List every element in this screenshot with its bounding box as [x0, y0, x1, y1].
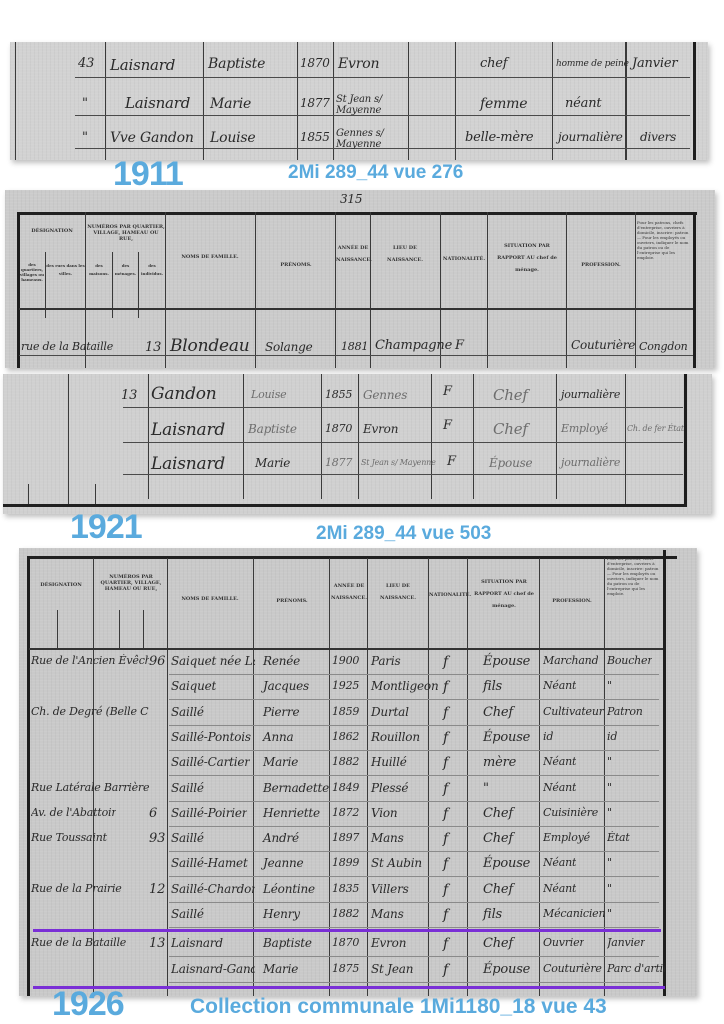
- header-1926-numeros: NUMÉROS PAR QUARTIER, VILLAGE, HAMEAU OU…: [95, 574, 167, 592]
- header-1926-lieu: LIEU DE NAISSANCE.: [371, 580, 425, 604]
- row-1926-10-patron: ": [607, 882, 612, 895]
- row-1926-8-profession: Employé: [543, 831, 590, 844]
- row-1911-1-situation: chef: [480, 56, 507, 71]
- page-mark: 315: [340, 192, 362, 206]
- row-1926-10-lieu: Villers: [371, 882, 409, 896]
- row-1921-2-num: 13: [121, 388, 137, 403]
- row-1926-6-patron: ": [607, 781, 612, 794]
- header-1926-prenoms: PRÉNOMS.: [255, 598, 329, 604]
- row-1926-1-patron: Boucher: [607, 654, 652, 667]
- row-rule: [169, 927, 659, 928]
- row-1926-2-nom: Saiquet: [171, 679, 216, 693]
- row-1926-1-nationalite: f: [443, 654, 448, 670]
- row-1926-13-nom: Laisnard-Gandon: [171, 962, 255, 976]
- row-1926-13-situation: Épouse: [483, 962, 530, 977]
- row-1921-1-prenom: Solange: [265, 340, 313, 354]
- row-1911-1-num: 43: [78, 56, 94, 71]
- row-1926-3-profession: Cultivateur: [543, 705, 604, 718]
- row-1921-4-lieu: St Jean s/ Mayenne: [361, 458, 436, 467]
- row-1921-4-profession: journalière: [561, 456, 620, 469]
- row-1921-2-profession: journalière: [561, 388, 620, 401]
- row-1926-3-situation: Chef: [483, 705, 513, 720]
- row-1926-1-annee: 1900: [332, 654, 359, 667]
- row-1921-3-nationalite: F: [443, 418, 452, 433]
- row-1926-6-rue: Rue Latérale Barrière: [31, 781, 149, 794]
- row-1921-2-nom: Gandon: [151, 384, 217, 404]
- source-ref-1926: Collection communale 1Mi1180_18 vue 43: [190, 995, 607, 1019]
- row-rule: [169, 775, 659, 776]
- row-1926-7-lieu: Vion: [371, 806, 397, 820]
- row-1921-1-nom: Blondeau: [170, 336, 250, 356]
- row-1911-3-prenom: Louise: [210, 130, 256, 146]
- header-1926-nationalite: NATIONALITÉ.: [429, 588, 467, 602]
- row-1926-5-situation: mère: [483, 755, 516, 770]
- header-1926-noms: NOMS DE FAMILLE.: [179, 592, 241, 606]
- row-1911-3-num: ": [82, 130, 88, 145]
- row-1911-2-lieu: St Jean s/ Mayenne: [336, 94, 408, 116]
- row-1921-1-annee: 1881: [341, 340, 368, 353]
- header-designation-sub1: des quartiers, villages ou hameaux.: [19, 262, 45, 282]
- row-1926-13-patron: Parc d'artillerie: [607, 962, 665, 975]
- row-1926-10-rue: Rue de la Prairie: [31, 882, 122, 895]
- row-1926-9-prenom: Jeanne: [263, 856, 303, 870]
- row-1926-8-prenom: André: [263, 831, 299, 845]
- row-1921-1-profession: Couturière: [571, 338, 635, 352]
- row-1926-2-nationalite: f: [443, 679, 448, 695]
- row-1926-13-lieu: St Jean: [371, 962, 413, 976]
- header-1926-annee: ANNÉE DE NAISSANCE.: [331, 580, 367, 604]
- row-1926-12-rue: Rue de la Bataille: [31, 936, 126, 949]
- row-1926-4-prenom: Anna: [263, 730, 293, 744]
- row-1911-2-nom: Laisnard: [125, 94, 190, 112]
- row-1926-12-lieu: Evron: [371, 936, 406, 950]
- source-ref-1921: 2Mi 289_44 vue 503: [316, 523, 491, 545]
- row-1926-1-situation: Épouse: [483, 654, 530, 669]
- row-1926-4-nationalite: f: [443, 730, 448, 746]
- row-rule: [169, 674, 659, 675]
- row-1926-8-rue: Rue Toussaint: [31, 831, 107, 844]
- row-1926-7-rue: Av. de l'Abattoir: [31, 806, 116, 819]
- header-situation: SITUATION PAR RAPPORT AU chef de ménage.: [492, 240, 562, 276]
- row-1926-6-nationalite: f: [443, 781, 448, 797]
- row-1921-3-lieu: Evron: [363, 422, 398, 436]
- row-1926-8-situation: Chef: [483, 831, 513, 846]
- header-prenoms: PRÉNOMS.: [257, 262, 335, 268]
- row-1926-11-situation: fils: [483, 907, 502, 922]
- source-ref-1911: 2Mi 289_44 vue 276: [288, 162, 463, 184]
- row-1926-4-situation: Épouse: [483, 730, 530, 745]
- row-1926-12-nationalite: f: [443, 936, 448, 952]
- row-1926-10-profession: Néant: [543, 882, 576, 895]
- row-1921-3-prenom: Baptiste: [248, 422, 297, 436]
- row-1911-1-prenom: Baptiste: [208, 56, 265, 72]
- row-1926-7-nationalite: f: [443, 806, 448, 822]
- row-1926-8-annee: 1897: [332, 831, 359, 844]
- row-1921-3-annee: 1870: [325, 422, 352, 435]
- row-1911-1-patron: Janvier: [632, 56, 677, 71]
- row-1911-1-annee: 1870: [300, 56, 330, 70]
- row-1926-9-nom: Saillé-Hamet: [171, 856, 248, 870]
- row-1926-1-num: 96: [149, 654, 165, 669]
- row-rule: [169, 876, 659, 877]
- row-1926-10-prenom: Léontine: [263, 882, 315, 896]
- header-numeros: NUMÉROS PAR QUARTIER, VILLAGE, HAMEAU OU…: [87, 224, 165, 242]
- header-noms: NOMS DE FAMILLE.: [180, 250, 240, 264]
- header-patron: Pour les patrons, chefs d'entreprise, ou…: [637, 220, 691, 260]
- row-1926-13-annee: 1875: [332, 962, 359, 975]
- row-1921-3-patron: Ch. de fer État: [627, 424, 684, 433]
- row-1926-7-nom: Saillé-Poirier: [171, 806, 247, 820]
- row-1926-1-prenom: Renée: [263, 654, 300, 668]
- row-1926-6-profession: Néant: [543, 781, 576, 794]
- row-1911-2-prenom: Marie: [210, 96, 251, 112]
- row-1911-1-profession: homme de peine: [556, 59, 629, 69]
- row-1926-12-num: 13: [149, 936, 165, 951]
- row-1911-2-annee: 1877: [300, 96, 330, 110]
- row-1926-6-annee: 1849: [332, 781, 359, 794]
- row-1911-2-profession: néant: [565, 96, 601, 111]
- row-1926-8-nationalite: f: [443, 831, 448, 847]
- row-rule: [169, 902, 659, 903]
- row-1926-5-nom: Saillé-Cartier: [171, 755, 250, 769]
- year-label-1926: 1926: [52, 985, 124, 1024]
- row-1911-2-situation: femme: [480, 96, 527, 112]
- row-1926-13-nationalite: f: [443, 962, 448, 978]
- highlight-box-bottom: [33, 986, 665, 989]
- row-1926-3-lieu: Durtal: [371, 705, 409, 719]
- row-1926-6-lieu: Plessé: [371, 781, 408, 795]
- census-scan-1926: DÉSIGNATION NUMÉROS PAR QUARTIER, VILLAG…: [19, 548, 697, 996]
- row-1926-9-profession: Néant: [543, 856, 576, 869]
- row-1926-10-nationalite: f: [443, 882, 448, 898]
- header-designation-sub2: des rues dans les villes.: [46, 262, 85, 278]
- row-rule: [169, 801, 659, 802]
- row-1926-12-nom: Laisnard: [171, 936, 223, 950]
- census-scan-1911: 43 Laisnard Baptiste 1870 Evron chef hom…: [10, 42, 708, 160]
- row-1926-2-situation: fils: [483, 679, 502, 694]
- row-1926-1-nom: Saiquet née Lamprière: [171, 654, 255, 668]
- row-1926-5-patron: ": [607, 755, 612, 768]
- row-1926-2-patron: ": [607, 679, 612, 692]
- row-1926-5-prenom: Marie: [263, 755, 298, 769]
- row-1911-3-nom: Vve Gandon: [110, 130, 194, 146]
- row-1926-11-annee: 1882: [332, 907, 359, 920]
- row-1926-1-profession: Marchand: [543, 654, 598, 667]
- row-1911-1-lieu: Evron: [338, 56, 379, 72]
- row-1911-3-patron: divers: [640, 130, 676, 144]
- row-1911-3-annee: 1855: [300, 130, 330, 144]
- row-1926-9-patron: ": [607, 856, 612, 869]
- header-numeros-sub3: des individus.: [139, 262, 165, 278]
- row-1926-13-profession: Couturière: [543, 962, 602, 975]
- year-label-1921: 1921: [70, 508, 142, 547]
- row-1926-12-prenom: Baptiste: [263, 936, 312, 950]
- row-1926-9-nationalite: f: [443, 856, 448, 872]
- row-1926-3-patron: Patron: [607, 705, 643, 718]
- row-1926-4-nom: Saillé-Pontois: [171, 730, 251, 744]
- row-rule: [169, 699, 659, 700]
- row-1926-7-profession: Cuisinière: [543, 806, 598, 819]
- row-1921-3-profession: Employé: [561, 422, 608, 435]
- row-1926-8-lieu: Mans: [371, 831, 404, 845]
- row-1926-3-rue: Ch. de Degré (Belle Chasse): [31, 705, 149, 718]
- row-1926-7-patron: ": [607, 806, 612, 819]
- census-scan-1921-rows: 13 Gandon Louise 1855 Gennes F Chef jour…: [3, 374, 712, 514]
- row-1926-10-annee: 1835: [332, 882, 359, 895]
- row-1926-9-situation: Épouse: [483, 856, 530, 871]
- row-1926-11-profession: Mécanicien: [543, 907, 605, 920]
- row-1926-1-lieu: Paris: [371, 654, 400, 668]
- row-1926-5-nationalite: f: [443, 755, 448, 771]
- row-1926-7-prenom: Henriette: [263, 806, 320, 820]
- header-annee: ANNÉE DE NAISSANCE.: [336, 242, 370, 266]
- row-rule: [169, 956, 659, 957]
- row-1926-12-situation: Chef: [483, 936, 513, 951]
- row-1926-1-rue: Rue de l'Ancien Évêché: [31, 654, 149, 667]
- row-1926-11-lieu: Mans: [371, 907, 404, 921]
- header-profession: PROFESSION.: [568, 262, 634, 268]
- row-1926-6-situation: ": [483, 781, 489, 796]
- row-1926-3-nom: Saillé: [171, 705, 204, 719]
- row-1926-5-annee: 1882: [332, 755, 359, 768]
- row-rule: [169, 851, 659, 852]
- row-1921-2-lieu: Gennes: [363, 388, 407, 402]
- row-1926-11-prenom: Henry: [263, 907, 300, 921]
- row-rule: [169, 750, 659, 751]
- row-1926-4-lieu: Rouillon: [371, 730, 420, 744]
- row-1926-11-nom: Saillé: [171, 907, 204, 921]
- row-1926-4-annee: 1862: [332, 730, 359, 743]
- row-1921-1-rue: rue de la Bataille: [21, 340, 113, 353]
- row-rule: [169, 725, 659, 726]
- row-1921-2-prenom: Louise: [251, 388, 287, 401]
- row-1926-3-nationalite: f: [443, 705, 448, 721]
- row-1926-9-annee: 1899: [332, 856, 359, 869]
- row-1921-4-situation: Épouse: [489, 456, 532, 470]
- row-1921-1-lieu: Champagne: [375, 338, 452, 353]
- row-1926-6-prenom: Bernadette: [263, 781, 329, 795]
- header-1926-designation: DÉSIGNATION: [29, 582, 93, 588]
- header-1926-profession: PROFESSION.: [541, 598, 603, 604]
- row-1911-3-profession: journalière: [558, 130, 623, 144]
- row-1926-2-profession: Néant: [543, 679, 576, 692]
- row-1926-3-annee: 1859: [332, 705, 359, 718]
- row-1926-10-situation: Chef: [483, 882, 513, 897]
- row-1926-10-nom: Saillé-Chardonnet: [171, 882, 255, 896]
- row-1926-2-annee: 1925: [332, 679, 359, 692]
- header-1926-patron: Pour les patrons, chefs d'entreprise, ou…: [607, 556, 661, 596]
- row-1921-4-annee: 1877: [325, 456, 352, 469]
- row-1926-9-lieu: St Aubin: [371, 856, 422, 870]
- row-1921-3-nom: Laisnard: [151, 420, 225, 440]
- row-1926-6-nom: Saillé: [171, 781, 204, 795]
- census-scan-1921-header: 315 DÉSIGNATION des quartiers, villages …: [5, 190, 715, 368]
- row-1926-4-profession: id: [543, 730, 553, 743]
- header-lieu: LIEU DE NAISSANCE.: [375, 242, 435, 266]
- row-1921-4-prenom: Marie: [255, 456, 290, 470]
- row-1921-1-num: 13: [145, 340, 161, 355]
- row-1926-10-num: 12: [149, 882, 165, 897]
- header-1926-situation: SITUATION PAR RAPPORT AU chef de ménage.: [471, 576, 537, 612]
- row-1921-1-nationalite: F: [455, 338, 464, 353]
- row-1926-12-annee: 1870: [332, 936, 359, 949]
- row-1926-5-profession: Néant: [543, 755, 576, 768]
- header-designation: DÉSIGNATION: [19, 228, 85, 234]
- row-1921-2-nationalite: F: [443, 384, 452, 399]
- row-1926-3-prenom: Pierre: [263, 705, 299, 719]
- row-1926-11-patron: ": [607, 907, 612, 920]
- row-1921-4-nationalite: F: [447, 454, 456, 469]
- header-nationalite: NATIONALITÉ.: [442, 252, 486, 266]
- row-1926-8-nom: Saillé: [171, 831, 204, 845]
- header-numeros-sub1: des maisons.: [86, 262, 112, 278]
- row-1926-2-lieu: Montligeon: [371, 679, 438, 693]
- header-numeros-sub2: des ménages.: [113, 262, 138, 278]
- row-rule: [169, 826, 659, 827]
- row-1921-1-patron: Congdon: [639, 340, 688, 353]
- row-1911-3-lieu: Gennes s/ Mayenne: [336, 128, 408, 150]
- row-1926-12-patron: Janvier: [607, 936, 645, 949]
- row-1926-13-prenom: Marie: [263, 962, 298, 976]
- row-1921-4-nom: Laisnard: [151, 454, 225, 474]
- row-1911-1-nom: Laisnard: [110, 56, 175, 74]
- row-rule: [169, 982, 659, 983]
- row-1926-2-prenom: Jacques: [263, 679, 309, 693]
- row-1921-3-situation: Chef: [493, 420, 528, 438]
- row-1926-8-num: 93: [149, 831, 165, 846]
- row-1926-11-nationalite: f: [443, 907, 448, 923]
- row-1926-7-annee: 1872: [332, 806, 359, 819]
- row-1926-12-profession: Ouvrier: [543, 936, 584, 949]
- highlight-box-top: [33, 929, 661, 932]
- row-1926-5-lieu: Huillé: [371, 755, 407, 769]
- row-1926-7-num: 6: [149, 806, 157, 821]
- row-1926-7-situation: Chef: [483, 806, 513, 821]
- row-1911-3-situation: belle-mère: [465, 130, 533, 145]
- year-label-1911: 1911: [113, 155, 183, 194]
- row-1911-2-num: ": [82, 96, 88, 111]
- row-1921-2-annee: 1855: [325, 388, 352, 401]
- row-1926-4-patron: id: [607, 730, 617, 743]
- row-1921-2-situation: Chef: [493, 386, 528, 404]
- row-1926-8-patron: État: [607, 831, 630, 844]
